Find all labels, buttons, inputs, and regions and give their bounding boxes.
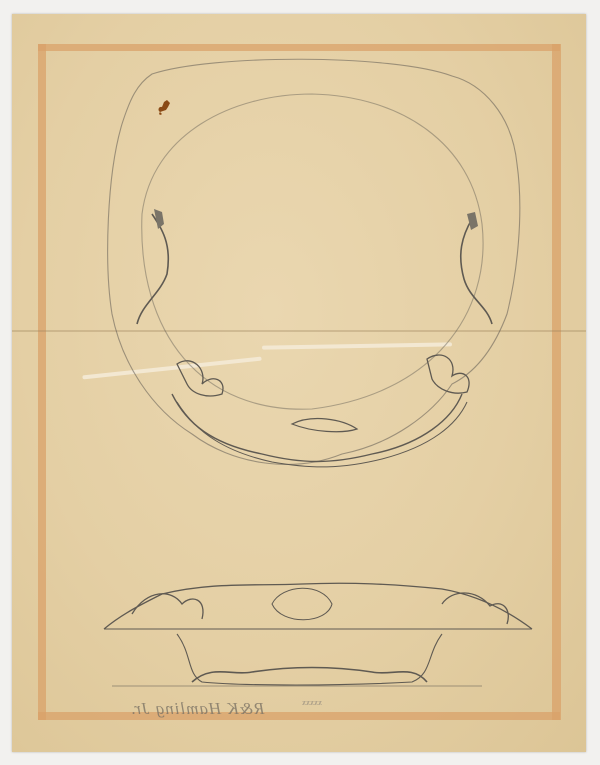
tray-drawing (12, 14, 586, 752)
paper-sheet: R&K Hamling Jr. xxxxx (12, 14, 586, 752)
artist-signature: R&K Hamling Jr. (130, 699, 264, 719)
pencil-annotation: xxxxx (302, 698, 322, 707)
